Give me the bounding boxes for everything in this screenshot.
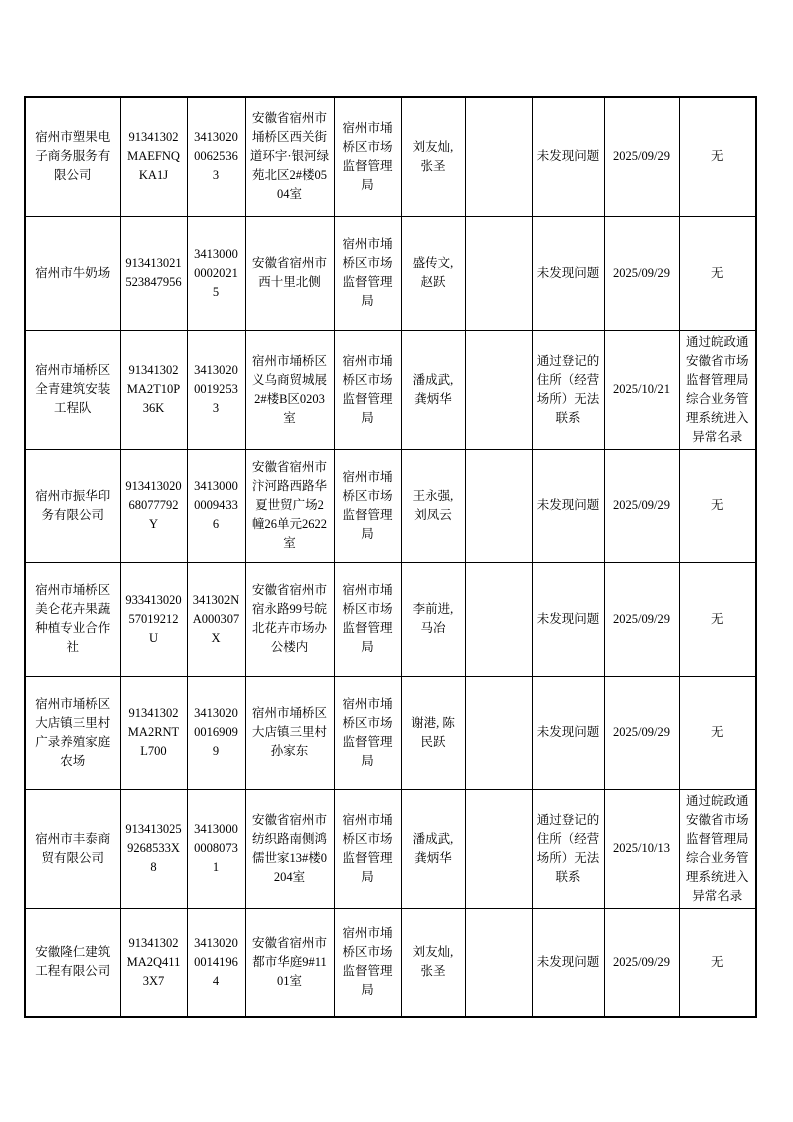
cell-date: 2025/09/29 — [604, 449, 679, 562]
cell-address: 安徽省宿州市宿永路99号皖北花卉市场办公楼内 — [245, 562, 334, 676]
table-row: 安徽隆仁建筑工程有限公司 91341302MA2Q4113X7 34130200… — [25, 908, 756, 1017]
cell-inspectors: 盛传文, 赵跃 — [401, 216, 465, 330]
cell-blank — [465, 789, 532, 908]
cell-result: 未发现问题 — [532, 97, 604, 216]
cell-remark: 无 — [679, 676, 756, 789]
cell-authority: 宿州市埇桥区市场监督管理局 — [334, 562, 401, 676]
cell-result: 通过登记的住所（经营场所）无法联系 — [532, 789, 604, 908]
cell-credit-code: 91341302MA2RNTL700 — [120, 676, 187, 789]
document-page: 宿州市塑果电子商务服务有限公司 91341302MAEFNQKA1J 34130… — [0, 0, 793, 1122]
cell-date: 2025/10/13 — [604, 789, 679, 908]
table-row: 宿州市牛奶场 913413021523847956 34130000002021… — [25, 216, 756, 330]
cell-credit-code: 91341302MA2T10P36K — [120, 330, 187, 449]
cell-date: 2025/09/29 — [604, 97, 679, 216]
cell-credit-code: 9134130259268533X8 — [120, 789, 187, 908]
cell-blank — [465, 562, 532, 676]
cell-registration-no: 341300000020215 — [187, 216, 245, 330]
cell-result: 未发现问题 — [532, 676, 604, 789]
cell-blank — [465, 449, 532, 562]
cell-authority: 宿州市埇桥区市场监督管理局 — [334, 330, 401, 449]
cell-credit-code: 91341302MAEFNQKA1J — [120, 97, 187, 216]
cell-result: 未发现问题 — [532, 449, 604, 562]
cell-credit-code: 91341302068077792Y — [120, 449, 187, 562]
cell-registration-no: 341302NA000307X — [187, 562, 245, 676]
cell-remark: 无 — [679, 97, 756, 216]
cell-inspectors: 潘成武, 龚炳华 — [401, 330, 465, 449]
cell-inspectors: 潘成武, 龚炳华 — [401, 789, 465, 908]
cell-authority: 宿州市埇桥区市场监督管理局 — [334, 789, 401, 908]
table-row: 宿州市埇桥区美仑花卉果蔬种植专业合作社 93341302057019212U 3… — [25, 562, 756, 676]
cell-date: 2025/10/21 — [604, 330, 679, 449]
cell-registration-no: 341302000625363 — [187, 97, 245, 216]
cell-result: 通过登记的住所（经营场所）无法联系 — [532, 330, 604, 449]
cell-remark: 无 — [679, 449, 756, 562]
cell-date: 2025/09/29 — [604, 216, 679, 330]
cell-credit-code: 913413021523847956 — [120, 216, 187, 330]
cell-remark: 无 — [679, 562, 756, 676]
cell-address: 宿州市埇桥区大店镇三里村孙家东 — [245, 676, 334, 789]
cell-company-name: 宿州市埇桥区全青建筑安装工程队 — [25, 330, 120, 449]
cell-address: 安徽省宿州市都市华庭9#1101室 — [245, 908, 334, 1017]
cell-authority: 宿州市埇桥区市场监督管理局 — [334, 97, 401, 216]
cell-blank — [465, 676, 532, 789]
cell-inspectors: 刘友灿, 张圣 — [401, 908, 465, 1017]
cell-authority: 宿州市埇桥区市场监督管理局 — [334, 449, 401, 562]
cell-blank — [465, 216, 532, 330]
cell-blank — [465, 908, 532, 1017]
cell-company-name: 宿州市丰泰商贸有限公司 — [25, 789, 120, 908]
cell-inspectors: 刘友灿, 张圣 — [401, 97, 465, 216]
cell-company-name: 宿州市埇桥区大店镇三里村广录养殖家庭农场 — [25, 676, 120, 789]
cell-remark: 无 — [679, 216, 756, 330]
cell-remark: 通过皖政通安徽省市场监督管理局综合业务管理系统进入异常名录 — [679, 789, 756, 908]
table-row: 宿州市丰泰商贸有限公司 9134130259268533X8 341300000… — [25, 789, 756, 908]
cell-result: 未发现问题 — [532, 908, 604, 1017]
table-row: 宿州市埇桥区大店镇三里村广录养殖家庭农场 91341302MA2RNTL700 … — [25, 676, 756, 789]
cell-address: 宿州市埇桥区义乌商贸城展2#楼B区0203室 — [245, 330, 334, 449]
cell-authority: 宿州市埇桥区市场监督管理局 — [334, 216, 401, 330]
cell-company-name: 宿州市振华印务有限公司 — [25, 449, 120, 562]
cell-blank — [465, 330, 532, 449]
cell-date: 2025/09/29 — [604, 562, 679, 676]
cell-authority: 宿州市埇桥区市场监督管理局 — [334, 908, 401, 1017]
table-body: 宿州市塑果电子商务服务有限公司 91341302MAEFNQKA1J 34130… — [25, 97, 756, 1017]
cell-credit-code: 91341302MA2Q4113X7 — [120, 908, 187, 1017]
cell-address: 安徽省宿州市纺织路南侧鸿儒世家13#楼0204室 — [245, 789, 334, 908]
cell-registration-no: 341300000094336 — [187, 449, 245, 562]
cell-credit-code: 93341302057019212U — [120, 562, 187, 676]
table-row: 宿州市埇桥区全青建筑安装工程队 91341302MA2T10P36K 34130… — [25, 330, 756, 449]
table-row: 宿州市塑果电子商务服务有限公司 91341302MAEFNQKA1J 34130… — [25, 97, 756, 216]
table-row: 宿州市振华印务有限公司 91341302068077792Y 341300000… — [25, 449, 756, 562]
cell-registration-no: 341302000169099 — [187, 676, 245, 789]
cell-inspectors: 谢港, 陈民跃 — [401, 676, 465, 789]
cell-registration-no: 341302000192533 — [187, 330, 245, 449]
cell-company-name: 安徽隆仁建筑工程有限公司 — [25, 908, 120, 1017]
cell-address: 安徽省宿州市埇桥区西关街道环宇·银河绿苑北区2#楼0504室 — [245, 97, 334, 216]
cell-inspectors: 李前进, 马冶 — [401, 562, 465, 676]
cell-date: 2025/09/29 — [604, 676, 679, 789]
cell-inspectors: 王永强, 刘凤云 — [401, 449, 465, 562]
cell-company-name: 宿州市塑果电子商务服务有限公司 — [25, 97, 120, 216]
inspection-results-table: 宿州市塑果电子商务服务有限公司 91341302MAEFNQKA1J 34130… — [24, 96, 757, 1018]
cell-authority: 宿州市埇桥区市场监督管理局 — [334, 676, 401, 789]
cell-company-name: 宿州市牛奶场 — [25, 216, 120, 330]
cell-remark: 无 — [679, 908, 756, 1017]
cell-date: 2025/09/29 — [604, 908, 679, 1017]
cell-result: 未发现问题 — [532, 216, 604, 330]
cell-blank — [465, 97, 532, 216]
cell-company-name: 宿州市埇桥区美仑花卉果蔬种植专业合作社 — [25, 562, 120, 676]
cell-address: 安徽省宿州市西十里北侧 — [245, 216, 334, 330]
cell-remark: 通过皖政通安徽省市场监督管理局综合业务管理系统进入异常名录 — [679, 330, 756, 449]
cell-registration-no: 341302000141964 — [187, 908, 245, 1017]
cell-registration-no: 341300000080731 — [187, 789, 245, 908]
cell-result: 未发现问题 — [532, 562, 604, 676]
cell-address: 安徽省宿州市汴河路西路华夏世贸广场2幢26单元2622室 — [245, 449, 334, 562]
